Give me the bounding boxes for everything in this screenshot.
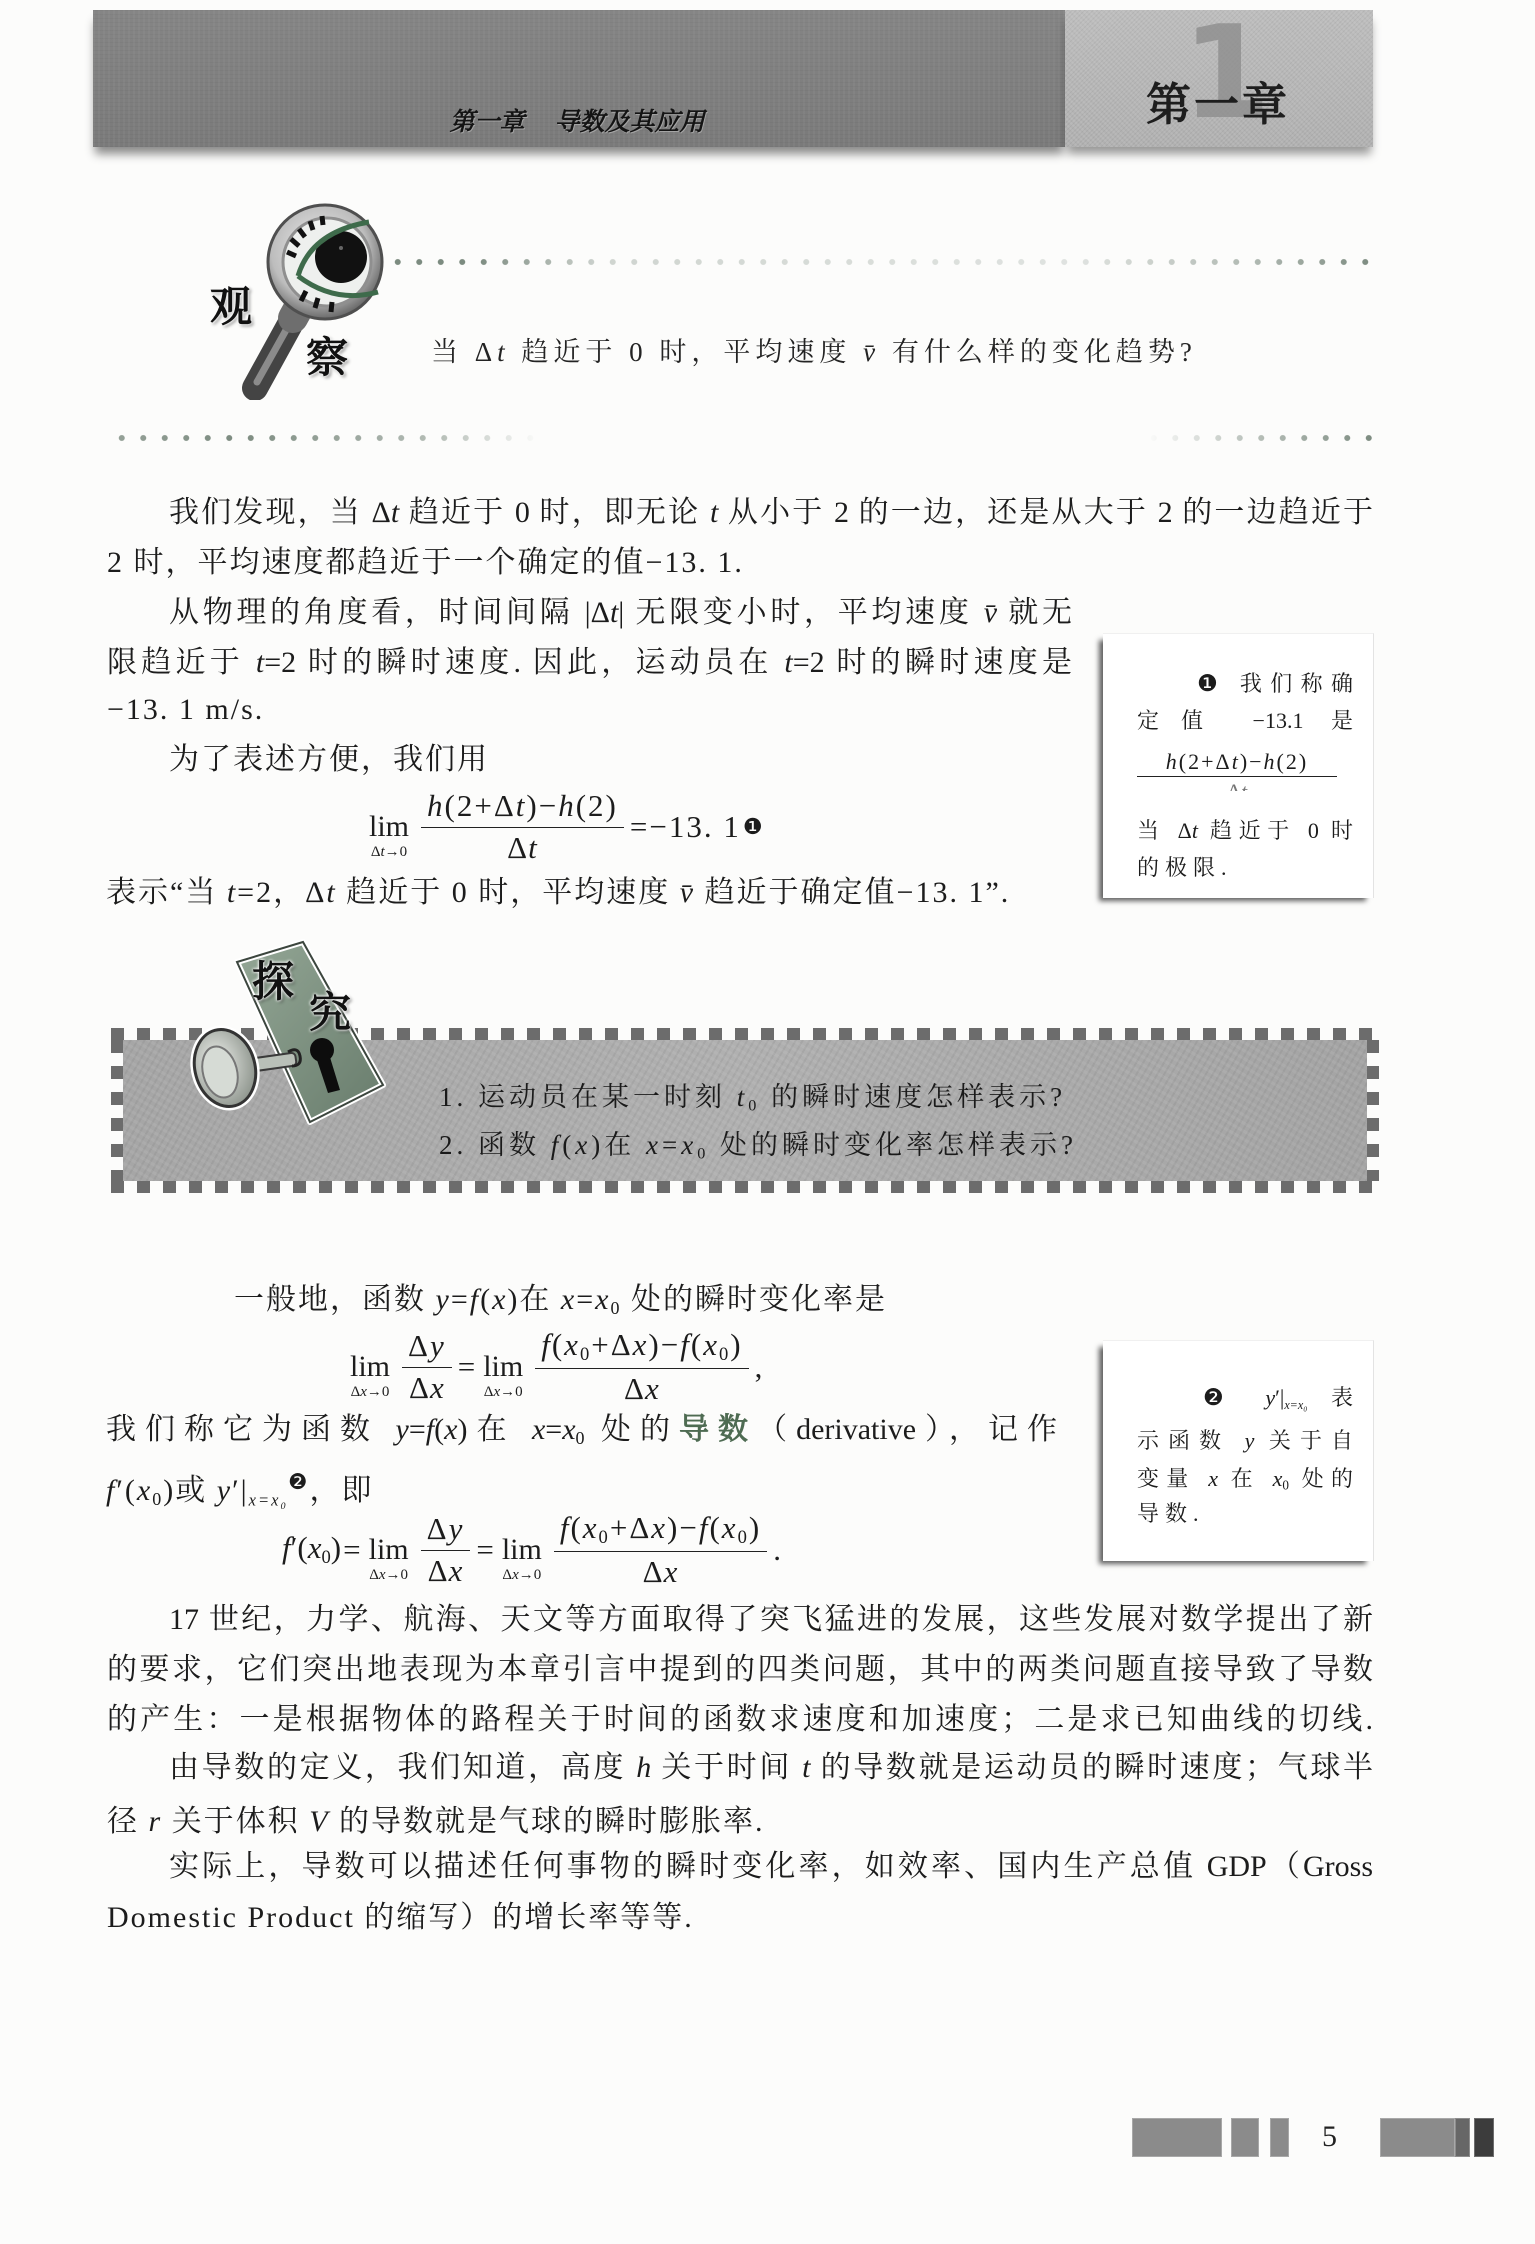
text-run: ( bbox=[552, 1327, 564, 1362]
text-run: ，即 bbox=[310, 1474, 374, 1507]
text-run: x bbox=[575, 1130, 591, 1160]
formula-tail: . bbox=[773, 1532, 783, 1568]
text-run: 17 世纪，力学、航海、天文等方面取得了突飞猛进的发展，这些发展对数学提出了新 bbox=[169, 1603, 1373, 1636]
lim-subscript: Δx→0 bbox=[351, 1385, 390, 1400]
lim-subscript: Δx→0 bbox=[369, 1568, 408, 1583]
text-run: h bbox=[1264, 749, 1277, 774]
side-note-fraction-denominator: Δt bbox=[1137, 779, 1337, 791]
equals-sign: = bbox=[476, 1532, 495, 1568]
text-run: 趋近于 0 时，平均速度 bbox=[510, 337, 864, 367]
text-run: Δ bbox=[1227, 779, 1241, 791]
text-run: 一般地，函数 bbox=[234, 1283, 436, 1316]
chapter-tab-label: 第一章 bbox=[1146, 80, 1290, 130]
text-run: x bbox=[492, 1283, 507, 1316]
fraction-numerator: f(x0+Δx)−f(x0) bbox=[554, 1511, 767, 1553]
rate-formula: lim Δx→0 Δy Δx = lim Δx→0 f(x0+Δx)−f(x0)… bbox=[346, 1329, 766, 1405]
lim-word: lim bbox=[483, 1352, 523, 1382]
text-run: x bbox=[512, 1567, 519, 1583]
dotted-rule-bottom bbox=[111, 434, 1373, 442]
text-run: (2) bbox=[1277, 749, 1309, 774]
footer-bar bbox=[1270, 2118, 1289, 2157]
side-note-line: 示函数 y 关于自 bbox=[1137, 1424, 1353, 1458]
text-run: x bbox=[583, 1510, 599, 1545]
text-run: 定值 −13.1 是 bbox=[1137, 708, 1353, 733]
side-note-line: 导数. bbox=[1137, 1497, 1353, 1531]
side-note-fraction-numerator: h(2+Δt)−h(2) bbox=[1137, 748, 1337, 777]
text-run: x bbox=[633, 1327, 649, 1362]
text-run: h bbox=[1166, 749, 1179, 774]
text-run: )− bbox=[667, 1510, 699, 1545]
dotted-rule-top bbox=[387, 258, 1373, 266]
fraction-numerator: Δy bbox=[421, 1512, 471, 1550]
equals-sign: = bbox=[343, 1532, 362, 1568]
paragraph-line: 从物理的角度看，时间间隔 |Δt| 无限变小时，平均速度 v̄ 就无 bbox=[169, 588, 1072, 638]
side-note-line: 当 Δt 趋近于 0 时 bbox=[1137, 814, 1353, 848]
running-title-name: 导数及其应用 bbox=[553, 107, 710, 136]
text-run: x bbox=[379, 1567, 386, 1583]
explore-label-top: 探 bbox=[252, 960, 294, 1004]
text-run: Domestic Product 的缩写）的增长率等等. bbox=[107, 1901, 694, 1934]
text-run: x bbox=[703, 1327, 719, 1362]
text-run: 0 bbox=[576, 1428, 585, 1448]
text-run: 导数. bbox=[1137, 1501, 1205, 1526]
text-run: 限趋近于 bbox=[107, 646, 256, 679]
fraction-denominator: Δx bbox=[428, 1551, 464, 1588]
footnote-marker: ❷ bbox=[1203, 1385, 1242, 1411]
derivative-formula: f′(x0) = lim Δx→0 Δy Δx = lim Δx→0 f(x0+… bbox=[282, 1512, 785, 1588]
text-run: 2 时，平均速度都趋近于一个确定的值−13. 1. bbox=[107, 546, 744, 579]
text-run: Δ bbox=[409, 1370, 430, 1405]
text-run: t bbox=[391, 496, 399, 529]
text-run: t bbox=[227, 876, 237, 909]
text-run: t bbox=[497, 337, 510, 367]
text-run: 示函数 bbox=[1137, 1428, 1245, 1453]
text-run: 处的瞬时变化率怎样表示? bbox=[709, 1130, 1077, 1160]
formula-tail: , bbox=[755, 1349, 765, 1385]
explore-item-2: 2. 函数 f(x)在 x=x0 处的瞬时变化率怎样表示? bbox=[439, 1123, 1077, 1167]
text-run: x=x₀ bbox=[249, 1491, 289, 1510]
text-run: =2，Δ bbox=[237, 876, 326, 909]
text-run: )或 bbox=[163, 1474, 217, 1507]
text-run: x bbox=[449, 1553, 464, 1588]
text-run: f bbox=[282, 1530, 291, 1565]
side-note-line: 变量 x 在 x0 处的 bbox=[1137, 1462, 1353, 1496]
text-run: x bbox=[444, 1413, 457, 1446]
text-run: v̄ bbox=[680, 876, 695, 909]
footer-bar bbox=[1231, 2118, 1259, 2157]
text-run: x bbox=[137, 1474, 152, 1507]
text-run: 从小于 2 的一边，还是从大于 2 的一边趋近于 bbox=[718, 496, 1373, 529]
text-run: ) bbox=[730, 1327, 742, 1362]
text-run: ′| bbox=[1275, 1385, 1284, 1410]
text-run: 表 bbox=[1307, 1385, 1353, 1410]
text-run: 1. 运动员在某一时刻 bbox=[439, 1082, 737, 1112]
fraction-denominator: Δx bbox=[409, 1368, 445, 1405]
text-run: )− bbox=[648, 1327, 680, 1362]
lim-word: lim bbox=[350, 1352, 390, 1382]
text-run: ( bbox=[434, 1413, 444, 1446]
text-run: x bbox=[645, 1371, 660, 1406]
text-run: )− bbox=[526, 788, 558, 823]
text-run: )在 bbox=[457, 1413, 532, 1446]
term-highlight: 导数 bbox=[679, 1413, 757, 1446]
text-run: 0 bbox=[1282, 1478, 1289, 1493]
paragraph-line: 我们发现，当 Δt 趋近于 0 时，即无论 t 从小于 2 的一边，还是从大于 … bbox=[169, 488, 1373, 538]
text-run: x bbox=[308, 1530, 322, 1565]
text-run: x bbox=[564, 1327, 580, 1362]
text-run: x bbox=[360, 1384, 367, 1400]
observe-label-top: 观 bbox=[210, 285, 252, 329]
text-run: 就无 bbox=[997, 596, 1072, 629]
paragraph-line: 由导数的定义，我们知道，高度 h 关于时间 t 的导数就是运动员的瞬时速度；气球… bbox=[169, 1743, 1373, 1793]
text-run: Δ bbox=[428, 1553, 449, 1588]
text-run: ) bbox=[331, 1530, 341, 1565]
text-run: 实际上，导数可以描述任何事物的瞬时变化率，如效率、国内生产总值 GDP（Gros… bbox=[169, 1850, 1373, 1883]
side-note-line: ❶ 我们称确 bbox=[1137, 667, 1353, 701]
text-run: x bbox=[561, 1283, 576, 1316]
text-run: x bbox=[651, 1510, 667, 1545]
text-run: )− bbox=[1240, 749, 1264, 774]
text-run: →0 bbox=[519, 1567, 542, 1583]
text-run: x bbox=[646, 1130, 662, 1160]
running-title-chapter: 第一章 bbox=[448, 107, 530, 136]
text-run: t bbox=[256, 646, 264, 679]
text-run bbox=[1242, 1385, 1266, 1410]
side-note-2: ❷ y′|x=x₀ 表 示函数 y 关于自 变量 x 在 x0 处的 导数. bbox=[1103, 1340, 1374, 1561]
text-run: ′( bbox=[291, 1530, 308, 1565]
paragraph-line: 2 时，平均速度都趋近于一个确定的值−13. 1. bbox=[107, 538, 744, 588]
text-run: h bbox=[427, 788, 445, 823]
text-run: 关于时间 bbox=[651, 1751, 802, 1784]
text-run: y bbox=[1265, 1385, 1275, 1410]
text-run: 的导数就是气球的瞬时膨胀率. bbox=[330, 1805, 765, 1838]
observe-label-bottom: 察 bbox=[306, 336, 348, 380]
lim-word: lim bbox=[369, 812, 409, 842]
footer-bar bbox=[1455, 2118, 1470, 2157]
footnote-marker: ❷ bbox=[288, 1470, 309, 1495]
explore-border-left bbox=[111, 1040, 123, 1181]
limit-operator: lim Δx→0 bbox=[483, 1334, 523, 1400]
paragraph-line: 实际上，导数可以描述任何事物的瞬时变化率，如效率、国内生产总值 GDP（Gros… bbox=[169, 1842, 1373, 1892]
text-run: = bbox=[451, 1283, 470, 1316]
paragraph-line: 的产生：一是根据物体的路程关于时间的函数求速度和加速度；二是求已知曲线的切线. bbox=[107, 1695, 1373, 1745]
text-run: t bbox=[784, 646, 792, 679]
text-run: 表示“当 bbox=[106, 876, 227, 909]
text-run: 有什么样的变化趋势? bbox=[880, 337, 1197, 367]
text-run: t bbox=[1241, 779, 1247, 791]
text-run: Δ bbox=[507, 830, 528, 865]
lim-subscript: Δt→0 bbox=[371, 845, 407, 860]
fraction: f(x0+Δx)−f(x0) Δx bbox=[554, 1511, 767, 1590]
paragraph-line: 17 世纪，力学、航海、天文等方面取得了突飞猛进的发展，这些发展对数学提出了新 bbox=[169, 1595, 1373, 1645]
text-run: x bbox=[430, 1370, 445, 1405]
text-run: ′| bbox=[232, 1474, 249, 1507]
text-run: y bbox=[217, 1474, 232, 1507]
running-title: 第一章导数及其应用 bbox=[448, 102, 712, 138]
fraction-numerator: h(2+Δt)−h(2) bbox=[421, 789, 624, 827]
text-run: 2. 函数 bbox=[439, 1130, 551, 1160]
text-run: = bbox=[409, 1413, 426, 1446]
text-run: Δ bbox=[369, 1567, 379, 1583]
paragraph-line: 我们称它为函数 y=f(x)在 x=x0 处的导数（derivative），记作 bbox=[106, 1405, 1057, 1455]
footer-bar bbox=[1474, 2118, 1494, 2157]
text-run: | 无限变小时，平均速度 bbox=[618, 596, 983, 629]
text-run: 我们称确 bbox=[1226, 671, 1353, 696]
text-run: x bbox=[722, 1510, 738, 1545]
text-run: 在 bbox=[1218, 1466, 1273, 1491]
fraction: h(2+Δt)−h(2) Δt bbox=[421, 789, 624, 864]
text-run: (2) bbox=[576, 788, 618, 823]
text-run: 关于自 bbox=[1254, 1428, 1353, 1453]
text-run: 0 bbox=[611, 1298, 622, 1318]
text-run: ′( bbox=[116, 1474, 137, 1507]
fraction-numerator: Δy bbox=[402, 1329, 452, 1367]
text-run: 我们称它为函数 bbox=[106, 1413, 396, 1446]
paragraph-line: 限趋近于 t=2 时的瞬时速度. 因此，运动员在 t=2 时的瞬时速度是 bbox=[107, 638, 1072, 688]
text-run: f bbox=[560, 1510, 571, 1545]
text-run: x bbox=[681, 1130, 697, 1160]
text-run: −13. 1 m/s. bbox=[107, 693, 264, 726]
text-run: +Δ bbox=[591, 1327, 632, 1362]
text-run: Δ bbox=[408, 1328, 430, 1363]
text-run: →0 bbox=[500, 1384, 523, 1400]
fraction: f(x0+Δx)−f(x0) Δx bbox=[535, 1328, 748, 1407]
text-run: = bbox=[662, 1130, 681, 1160]
footer-bar bbox=[1380, 2118, 1455, 2157]
text-run: Δ bbox=[371, 844, 381, 860]
text-run: t bbox=[516, 788, 527, 823]
text-run: y bbox=[436, 1283, 451, 1316]
text-run: ( bbox=[570, 1510, 582, 1545]
text-run: 0 bbox=[697, 1145, 709, 1163]
text-run: 0 bbox=[580, 1344, 591, 1365]
text-run: 的要求，它们突出地表现为本章引言中提到的四类问题，其中的两类问题直接导致了导数 bbox=[107, 1653, 1373, 1686]
text-run: x bbox=[664, 1554, 679, 1589]
text-run: ( bbox=[709, 1510, 721, 1545]
text-run: →0 bbox=[385, 844, 408, 860]
lim-subscript: Δx→0 bbox=[502, 1568, 541, 1583]
text-run: 由导数的定义，我们知道，高度 bbox=[169, 1751, 636, 1784]
paragraph-line: f′(x0)或 y′|x=x₀❷，即 bbox=[106, 1458, 374, 1508]
text-run: t bbox=[737, 1082, 749, 1112]
equals-sign: = bbox=[458, 1349, 477, 1385]
text-run: t bbox=[1232, 749, 1240, 774]
text-run: Δ bbox=[427, 1511, 449, 1546]
text-run: 处的 bbox=[1289, 1466, 1353, 1491]
text-run: 0 bbox=[599, 1527, 610, 1548]
explore-item-1: 1. 运动员在某一时刻 t0 的瞬时速度怎样表示? bbox=[439, 1075, 1066, 1119]
explore-label-bottom: 究 bbox=[309, 991, 351, 1035]
text-run: v̄ bbox=[863, 337, 880, 367]
text-run: 0 bbox=[152, 1489, 163, 1509]
text-run: →0 bbox=[367, 1384, 390, 1400]
text-run: 径 bbox=[107, 1805, 149, 1838]
text-run: ( bbox=[691, 1327, 703, 1362]
lim-word: lim bbox=[369, 1535, 409, 1565]
text-run: 变量 bbox=[1137, 1466, 1208, 1491]
text-run: t bbox=[326, 876, 336, 909]
text-run: Δ bbox=[624, 1371, 645, 1406]
text-run: f bbox=[680, 1327, 691, 1362]
text-run: x bbox=[595, 1283, 610, 1316]
text-run: =2 时的瞬时速度是 bbox=[793, 646, 1072, 679]
text-run: x bbox=[532, 1413, 545, 1446]
text-run: 从物理的角度看，时间间隔 |Δ bbox=[169, 596, 610, 629]
formula-rhs: =−13. 1 bbox=[630, 809, 741, 845]
text-run: 0 bbox=[719, 1344, 730, 1365]
paragraph-line: −13. 1 m/s. bbox=[107, 685, 264, 735]
side-note-line: 的极限. bbox=[1137, 851, 1353, 885]
text-run: 的极限. bbox=[1137, 855, 1233, 880]
text-run: 我们发现，当 Δ bbox=[169, 496, 391, 529]
text-run: x bbox=[1273, 1466, 1283, 1491]
text-run: 趋近于确定值−13. 1”. bbox=[695, 876, 1010, 909]
text-run: 的产生：一是根据物体的路程关于时间的函数求速度和加速度；二是求已知曲线的切线. bbox=[107, 1703, 1373, 1736]
paragraph-line: 表示“当 t=2，Δt 趋近于 0 时，平均速度 v̄ 趋近于确定值−13. 1… bbox=[106, 868, 1010, 918]
side-note-1: ❶ 我们称确 定值 −13.1 是 h(2+Δt)−h(2) Δt 当 Δt 趋… bbox=[1103, 633, 1374, 898]
text-run: 的瞬时速度怎样表示? bbox=[760, 1082, 1066, 1112]
page-number: 5 bbox=[1322, 2117, 1337, 2157]
limit-operator: lim Δx→0 bbox=[369, 1517, 409, 1583]
text-run: 趋近于 0 时，即无论 bbox=[399, 496, 710, 529]
text-run: Δ bbox=[502, 1567, 512, 1583]
paragraph-line: 为了表述方便，我们用 bbox=[169, 735, 489, 785]
text-run: （derivative），记作 bbox=[757, 1413, 1057, 1446]
text-run: Δ bbox=[484, 1384, 494, 1400]
text-run: f bbox=[551, 1130, 563, 1160]
text-run: v̄ bbox=[984, 596, 997, 629]
text-run: )在 bbox=[591, 1130, 646, 1160]
text-run: 当 Δ bbox=[431, 337, 497, 367]
text-run: f bbox=[541, 1327, 552, 1362]
text-run: f bbox=[106, 1474, 116, 1507]
text-run: Δ bbox=[643, 1554, 664, 1589]
text-run: y bbox=[396, 1413, 409, 1446]
paragraph-line: Domestic Product 的缩写）的增长率等等. bbox=[107, 1893, 694, 1943]
text-run: 趋近于 0 时，平均速度 bbox=[337, 876, 680, 909]
text-run: 0 bbox=[738, 1527, 749, 1548]
text-run: +Δ bbox=[610, 1510, 651, 1545]
paragraph-line: 径 r 关于体积 V 的导数就是气球的瞬时膨胀率. bbox=[107, 1797, 765, 1847]
text-run: (2+Δ bbox=[1179, 749, 1232, 774]
text-run: f bbox=[699, 1510, 710, 1545]
text-run: 处的 bbox=[585, 1413, 680, 1446]
text-run: = bbox=[545, 1413, 562, 1446]
text-run: f bbox=[426, 1413, 434, 1446]
fraction: Δy Δx bbox=[402, 1329, 452, 1404]
footnote-marker: ❶ bbox=[1197, 671, 1226, 697]
text-run: 关于体积 bbox=[162, 1805, 309, 1838]
fraction-denominator: Δx bbox=[643, 1552, 679, 1589]
fraction-denominator: Δx bbox=[624, 1369, 660, 1406]
text-run: h bbox=[558, 788, 576, 823]
lim-subscript: Δx→0 bbox=[484, 1385, 523, 1400]
text-run: ) bbox=[749, 1510, 761, 1545]
text-run: = bbox=[576, 1283, 595, 1316]
text-run: →0 bbox=[386, 1567, 409, 1583]
text-run: y bbox=[430, 1328, 446, 1363]
text-run: x bbox=[562, 1413, 575, 1446]
text-run: f bbox=[470, 1283, 480, 1316]
text-run: 0 bbox=[748, 1097, 760, 1115]
derivative-lhs: f′(x0) bbox=[282, 1530, 341, 1569]
limit-formula: lim Δt→0 h(2+Δt)−h(2) Δt =−13. 1 ❶ bbox=[365, 789, 763, 865]
limit-operator: lim Δx→0 bbox=[350, 1334, 390, 1400]
text-run: 当 Δ bbox=[1137, 818, 1192, 843]
text-run: 为了表述方便，我们用 bbox=[169, 743, 489, 776]
fraction-numerator: f(x0+Δx)−f(x0) bbox=[535, 1328, 748, 1370]
text-run: (2+Δ bbox=[445, 788, 516, 823]
fraction: Δy Δx bbox=[421, 1512, 471, 1587]
lim-word: lim bbox=[502, 1535, 542, 1565]
limit-operator: lim Δt→0 bbox=[369, 794, 409, 860]
side-note-line: 定值 −13.1 是 bbox=[1137, 704, 1353, 738]
explore-border-right bbox=[1367, 1040, 1379, 1181]
footer-bar bbox=[1132, 2118, 1222, 2157]
text-run: ( bbox=[562, 1130, 575, 1160]
text-run: y bbox=[449, 1511, 465, 1546]
footnote-marker: ❶ bbox=[743, 815, 763, 840]
text-run: V bbox=[309, 1805, 329, 1838]
text-run: t bbox=[528, 830, 538, 865]
text-run: Δ bbox=[351, 1384, 361, 1400]
text-run: ( bbox=[480, 1283, 492, 1316]
text-run: =2 时的瞬时速度. 因此，运动员在 bbox=[264, 646, 784, 679]
side-note-line: ❷ y′|x=x₀ 表 bbox=[1137, 1381, 1353, 1415]
text-run: h bbox=[636, 1751, 651, 1784]
text-run: x=x₀ bbox=[1284, 1398, 1307, 1412]
text-run: 0 bbox=[322, 1548, 331, 1569]
text-run: r bbox=[149, 1805, 163, 1838]
text-run: x bbox=[1208, 1466, 1218, 1491]
paragraph-line: 的要求，它们突出地表现为本章引言中提到的四类问题，其中的两类问题直接导致了导数 bbox=[107, 1645, 1373, 1695]
text-run: y bbox=[1245, 1428, 1255, 1453]
explore-border-bottom bbox=[111, 1181, 1379, 1193]
paragraph-line: 一般地，函数 y=f(x)在 x=x0 处的瞬时变化率是 bbox=[234, 1275, 887, 1325]
text-run: 处的瞬时变化率是 bbox=[622, 1283, 888, 1316]
limit-operator: lim Δx→0 bbox=[502, 1517, 542, 1583]
observe-question: 当 Δt 趋近于 0 时，平均速度 v̄ 有什么样的变化趋势? bbox=[431, 330, 1197, 374]
text-run: 的导数就是运动员的瞬时速度；气球半 bbox=[810, 1751, 1373, 1784]
fraction-denominator: Δt bbox=[507, 828, 538, 865]
text-run: 趋近于 0 时 bbox=[1198, 818, 1353, 843]
text-run: )在 bbox=[507, 1283, 561, 1316]
